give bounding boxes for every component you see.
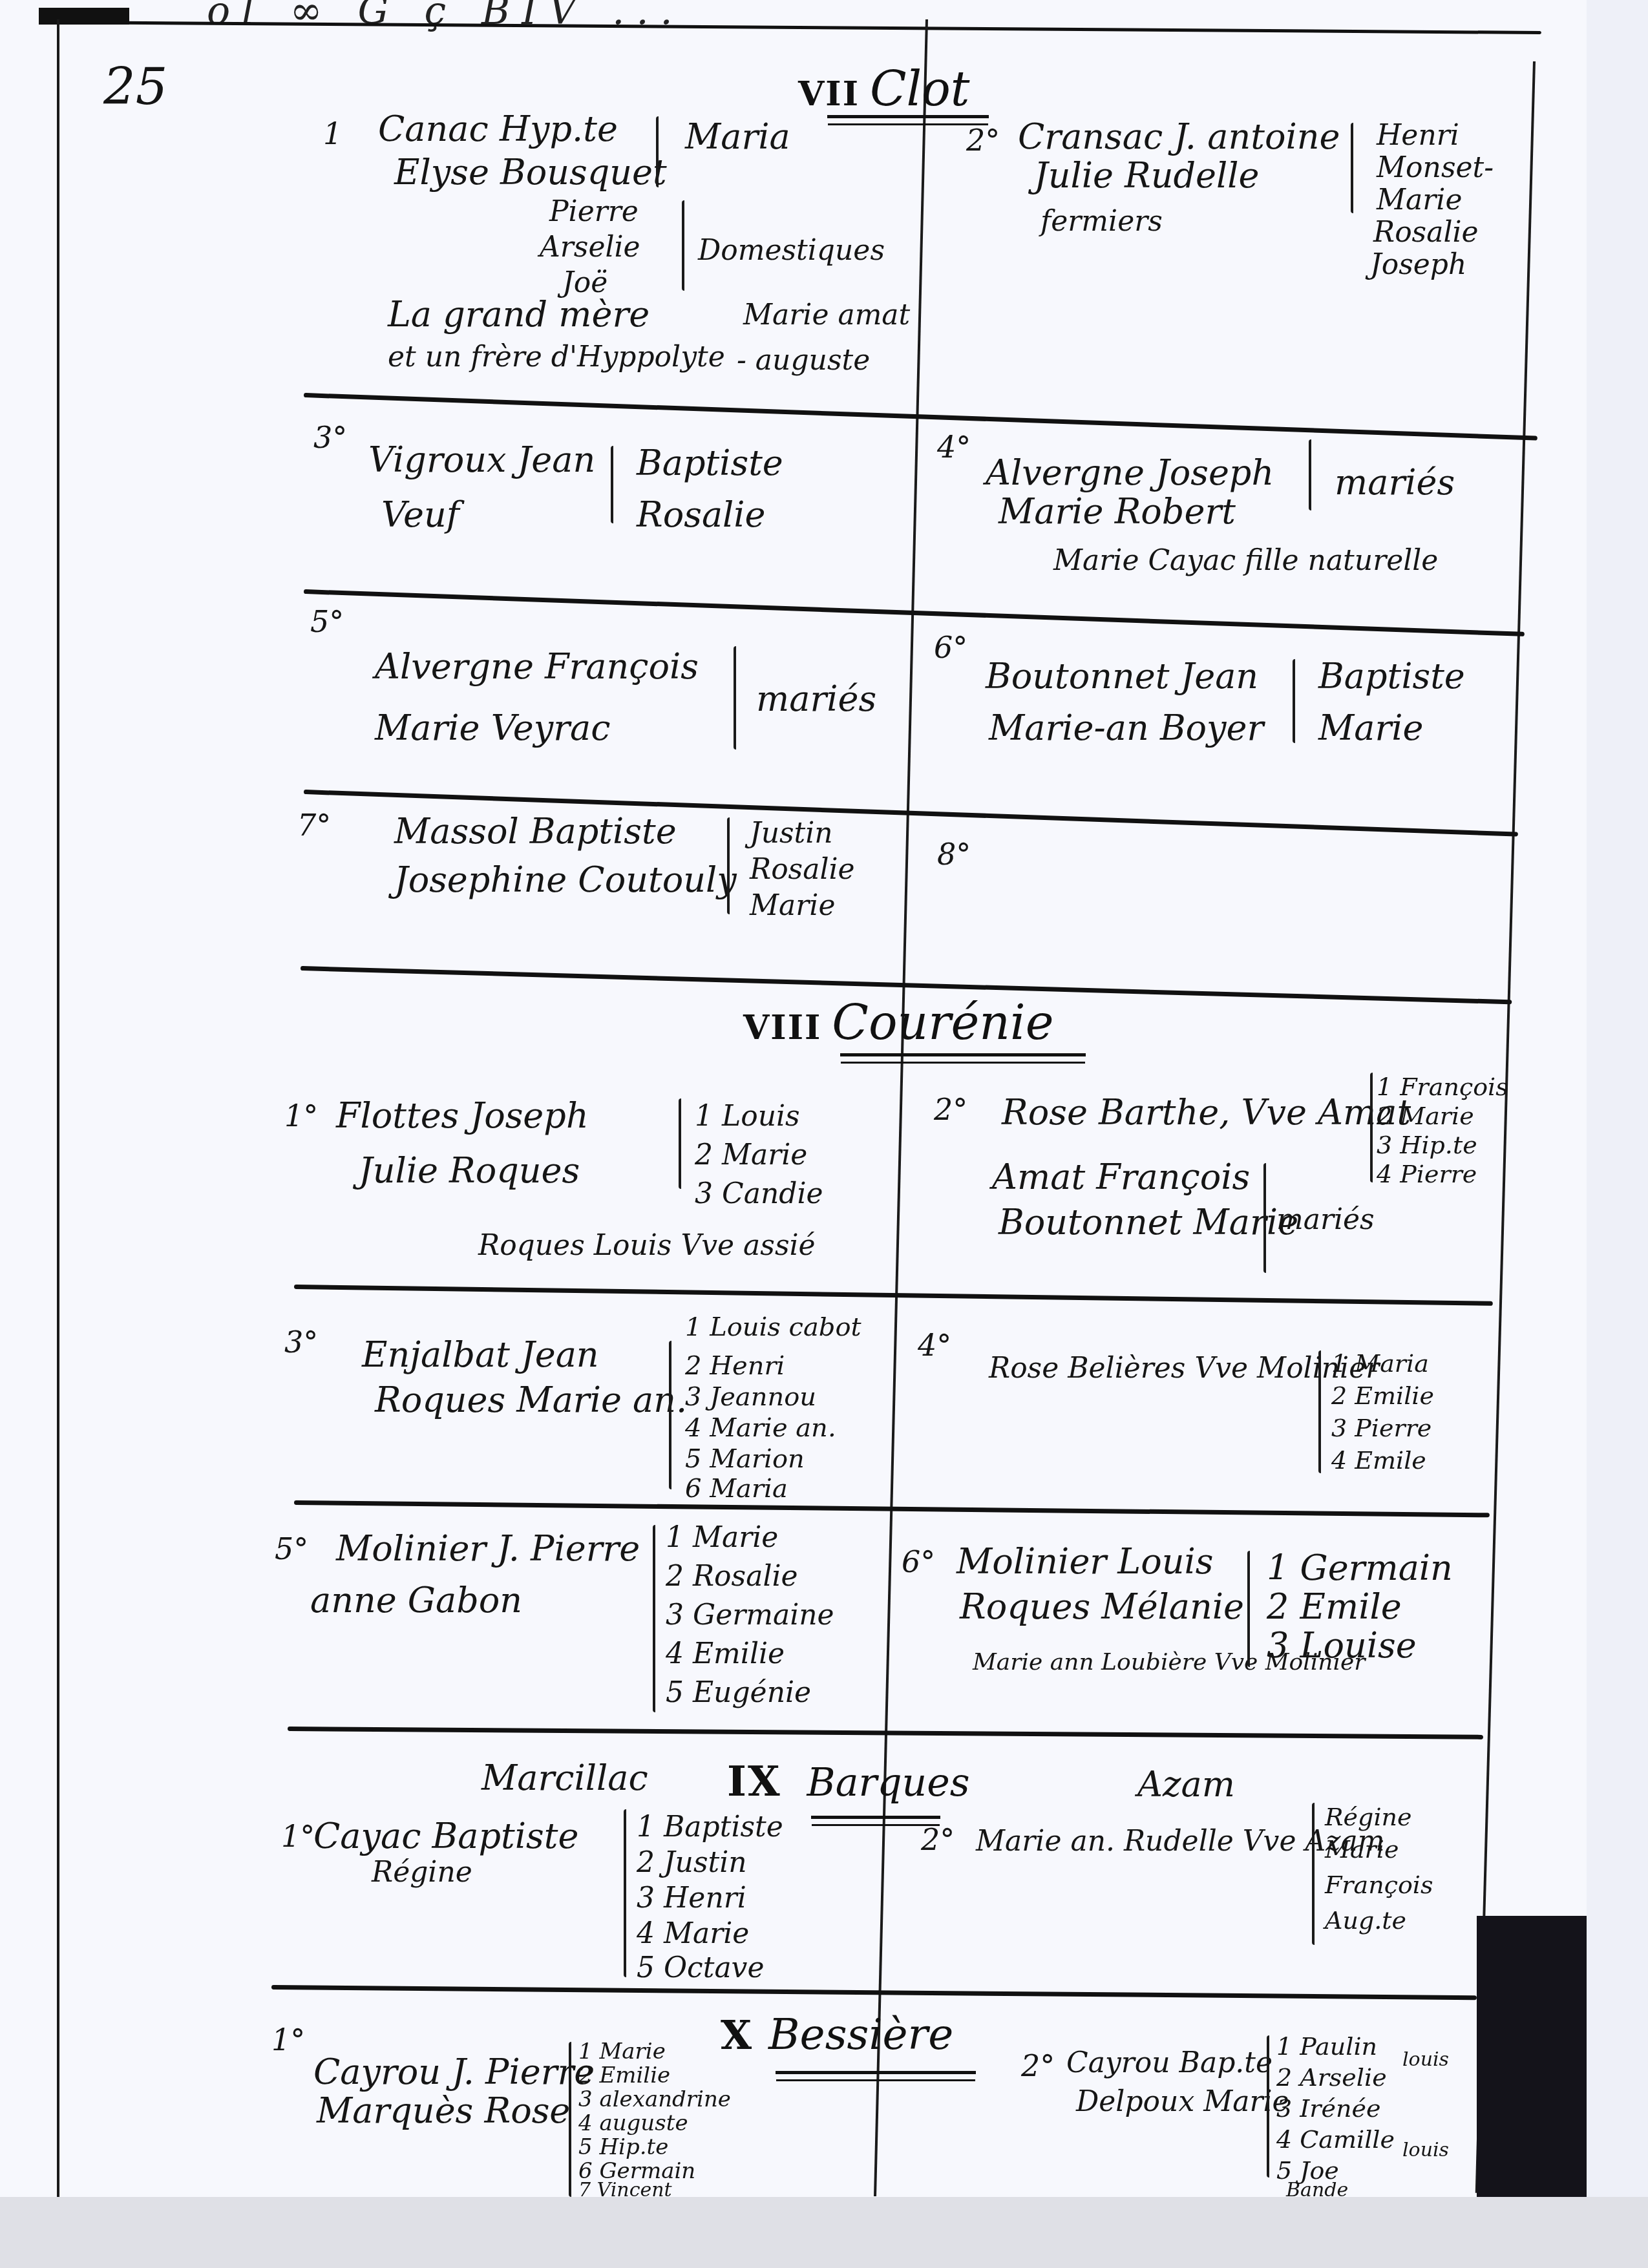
- status-brace: [734, 646, 736, 750]
- household-head: Cayac Baptiste: [313, 1816, 578, 1856]
- entry-number: 2°: [1021, 2048, 1055, 2083]
- child-name: 3 Jeannou: [685, 1381, 816, 1412]
- child-name: 3 Henri: [637, 1880, 746, 1916]
- section-underline: [776, 2071, 976, 2074]
- household-head: Molinier Louis: [956, 1541, 1213, 1582]
- section-right-note: Azam: [1137, 1764, 1235, 1805]
- children-brace: [1312, 1803, 1315, 1945]
- child-name: 2 Henri: [685, 1350, 785, 1381]
- children-brace: [669, 1341, 671, 1489]
- child-name: 2 Rosalie: [666, 1559, 798, 1595]
- child-name: Régine: [1325, 1803, 1412, 1831]
- child-name: 4 Marie: [637, 1916, 749, 1952]
- status-brace: [1309, 439, 1311, 510]
- household-head: Massol Baptiste: [394, 811, 677, 852]
- child-name: 4 Pierre: [1377, 1160, 1477, 1188]
- household-status: mariés: [1276, 1202, 1375, 1238]
- child-name: 1 Louis: [695, 1098, 800, 1135]
- household-spouse: Julie Rudelle: [1034, 155, 1260, 196]
- household-spouse: Marie-an Boyer: [989, 708, 1263, 748]
- household-spouse: Roques Mélanie: [960, 1586, 1244, 1627]
- household-head: Cayrou Bap.te: [1066, 2045, 1273, 2081]
- child-name: 2 Marie: [695, 1137, 807, 1173]
- child-name: Maria: [685, 116, 790, 157]
- children-brace: [569, 2042, 571, 2197]
- entry-number: 1°: [284, 1098, 318, 1133]
- servant-name: Arselie: [540, 229, 640, 266]
- child-name: Rosalie: [750, 852, 855, 888]
- child-name: Justin: [750, 815, 833, 852]
- children-brace: [1370, 1073, 1373, 1182]
- servants-brace: [682, 200, 684, 291]
- child-name: 5 Marion: [685, 1444, 805, 1475]
- child-name: Marie: [1377, 182, 1462, 218]
- household-head: Flottes Joseph: [336, 1095, 589, 1136]
- servants-label: Domestiques: [698, 233, 885, 269]
- child-name: Bande: [1286, 2179, 1348, 2201]
- child-name: 1 Baptiste: [637, 1809, 783, 1845]
- entry-number: 1°: [271, 2022, 305, 2057]
- household-spouse: Julie Roques: [359, 1150, 580, 1191]
- household-member: Amat François: [992, 1157, 1250, 1197]
- child-name: 2 Emilie: [1331, 1381, 1434, 1410]
- section-left-note: Marcillac: [481, 1758, 648, 1798]
- section-roman: VII: [798, 74, 860, 114]
- child-name: Joseph: [1370, 247, 1466, 283]
- child-name: Rosalie: [1373, 215, 1479, 251]
- section-header-x: XBessière: [721, 2010, 953, 2059]
- household-head: Rose Barthe, Vve Amat: [1002, 1092, 1411, 1133]
- household-note: et un frère d'Hyppolyte: [388, 339, 725, 375]
- household-head: Alvergne Joseph: [986, 452, 1274, 493]
- household-status: mariés: [1335, 462, 1455, 503]
- household-note: Marie Cayac fille naturelle: [1053, 543, 1438, 579]
- household-note: Marie amat: [743, 297, 910, 333]
- household-note: La grand mère: [388, 294, 650, 335]
- entry-number: 3°: [284, 1325, 318, 1360]
- household-spouse: Roques Marie an.: [375, 1380, 687, 1420]
- section-place: Barques: [807, 1760, 970, 1805]
- child-name: Marie: [1318, 708, 1424, 748]
- child-name: Baptiste: [1318, 656, 1465, 697]
- household-spouse: Marquès Rose: [317, 2090, 570, 2131]
- child-name: 5 Eugénie: [666, 1675, 811, 1711]
- household-member: Boutonnet Marie: [998, 1202, 1298, 1243]
- child-name: 2 Marie: [1377, 1102, 1474, 1130]
- household-status: mariés: [756, 678, 876, 719]
- household-note: - auguste: [737, 342, 870, 379]
- children-brace: [679, 1098, 681, 1189]
- child-name: 4 Emilie: [666, 1636, 785, 1672]
- child-name: 4 auguste: [578, 2110, 688, 2136]
- household-spouse: anne Gabon: [310, 1580, 522, 1621]
- household-head: Cransac J. antoine: [1018, 116, 1340, 157]
- child-name: 5 Octave: [637, 1950, 765, 1986]
- section-underline: [827, 115, 989, 118]
- children-brace: [1318, 1350, 1321, 1473]
- child-name: 3 alexandrine: [578, 2086, 731, 2112]
- side-note: louis: [1402, 2139, 1449, 2161]
- household-spouse: Marie Veyrac: [375, 708, 610, 748]
- children-brace: [1267, 2035, 1269, 2178]
- household-head: Vigroux Jean: [368, 439, 595, 480]
- household-head: Canac Hyp.te: [378, 109, 618, 149]
- child-name: 2 Emilie: [578, 2063, 670, 2088]
- section-header-vii: VIIClot: [798, 61, 970, 117]
- children-brace: [1351, 123, 1353, 213]
- household-head: Alvergne François: [375, 646, 699, 687]
- section-roman: VIII: [743, 1008, 821, 1047]
- status-brace: [1263, 1163, 1266, 1273]
- children-brace: [727, 817, 730, 914]
- entry-number: 7°: [297, 808, 331, 843]
- entry-number: 2°: [921, 1822, 955, 1857]
- child-name: 4 Emile: [1331, 1446, 1426, 1475]
- child-name: 3 Hip.te: [1377, 1131, 1477, 1159]
- child-name: 3 Candie: [695, 1176, 823, 1212]
- child-name: 4 Marie an.: [685, 1412, 836, 1444]
- frame-left-border: [57, 19, 59, 2197]
- household-note: Roques Louis Vve assié: [478, 1228, 816, 1264]
- household-spouse: Régine: [372, 1854, 472, 1891]
- scan-margin-bottom: [0, 2197, 1648, 2268]
- child-name: Baptiste: [637, 443, 783, 483]
- child-name: Henri: [1377, 118, 1459, 154]
- entry-number: 2°: [966, 123, 1000, 158]
- entry-number: 4°: [918, 1328, 951, 1363]
- child-name: 6 Maria: [685, 1473, 788, 1504]
- section-header-viii: VIIICourénie: [743, 995, 1053, 1051]
- child-name: 1 Paulin: [1276, 2032, 1377, 2061]
- section-roman: IX: [727, 1758, 781, 1806]
- entry-number: 5°: [310, 604, 344, 639]
- children-brace: [1293, 659, 1295, 743]
- entry-number: 4°: [937, 430, 971, 465]
- entry-number: 6°: [902, 1544, 935, 1579]
- entry-number: 1: [323, 116, 342, 151]
- household-head: Cayrou J. Pierre: [313, 2052, 595, 2092]
- scan-margin-right: [1587, 0, 1648, 2197]
- child-name: 1 Marie: [666, 1520, 778, 1556]
- entry-number: 5°: [275, 1531, 308, 1566]
- scan-artifact-dark: [1477, 1916, 1587, 2197]
- child-name: Marie: [750, 888, 835, 924]
- household-spouse: Marie Robert: [998, 491, 1236, 532]
- child-name: 2 Emile: [1267, 1586, 1402, 1627]
- child-name: 7 Vincent: [578, 2179, 672, 2201]
- section-roman: X: [721, 2011, 753, 2059]
- child-name: Monset-: [1377, 150, 1494, 186]
- child-name: 3 Louise: [1267, 1625, 1417, 1666]
- page-number: 25: [103, 58, 167, 116]
- child-name: 2 Justin: [637, 1845, 747, 1881]
- servant-name: Pierre: [549, 194, 639, 230]
- child-name: 1 Marie: [578, 2039, 666, 2064]
- child-name: 1 Maria: [1331, 1349, 1429, 1378]
- household-head: Enjalbat Jean: [362, 1334, 599, 1375]
- child-name: Marie: [1325, 1835, 1399, 1864]
- child-name: 3 Pierre: [1331, 1414, 1431, 1442]
- child-name: 1 Germain: [1267, 1548, 1453, 1588]
- entry-number: 3°: [313, 420, 347, 455]
- household-spouse: Elyse Bousquet: [394, 152, 667, 193]
- children-brace: [611, 446, 613, 523]
- household-head: Marie an. Rudelle Vve Azam: [976, 1823, 1384, 1860]
- household-occupation: fermiers: [1041, 204, 1163, 240]
- child-name: 5 Hip.te: [578, 2134, 668, 2160]
- household-status: Veuf: [381, 494, 460, 535]
- child-name: Rosalie: [637, 494, 766, 535]
- top-margin-scrawl: ol ∞ G ç BIV ...: [207, 0, 684, 34]
- household-head: Boutonnet Jean: [986, 656, 1258, 697]
- section-header-ix: IXBarques: [727, 1758, 970, 1806]
- section-place: Clot: [870, 61, 970, 117]
- child-name: 3 Irénée: [1276, 2094, 1380, 2123]
- entry-number: 1°: [281, 1819, 315, 1854]
- entry-number: 2°: [934, 1092, 967, 1127]
- child-name: 1 Louis cabot: [685, 1312, 861, 1343]
- child-name: 1 François: [1377, 1073, 1508, 1101]
- section-underline: [811, 1816, 940, 1819]
- household-spouse: Josephine Coutouly: [394, 859, 737, 900]
- side-note: louis: [1402, 2048, 1449, 2071]
- entry-number: 8°: [937, 837, 971, 872]
- child-name: 3 Germaine: [666, 1597, 834, 1633]
- child-name: 4 Camille: [1276, 2125, 1395, 2154]
- section-place: Courénie: [832, 995, 1053, 1051]
- entry-number: 6°: [934, 630, 967, 665]
- children-brace: [653, 1525, 655, 1712]
- children-brace: [656, 116, 659, 187]
- household-head: Molinier J. Pierre: [336, 1528, 640, 1569]
- child-name: Aug.te: [1325, 1906, 1406, 1935]
- children-brace: [624, 1809, 626, 1977]
- household-spouse: Delpoux Marie: [1076, 2084, 1289, 2120]
- section-underline: [840, 1053, 1086, 1056]
- child-name: 2 Arselie: [1276, 2063, 1387, 2092]
- section-place: Bessière: [768, 2010, 953, 2059]
- child-name: François: [1325, 1871, 1433, 1899]
- children-brace: [1247, 1551, 1250, 1667]
